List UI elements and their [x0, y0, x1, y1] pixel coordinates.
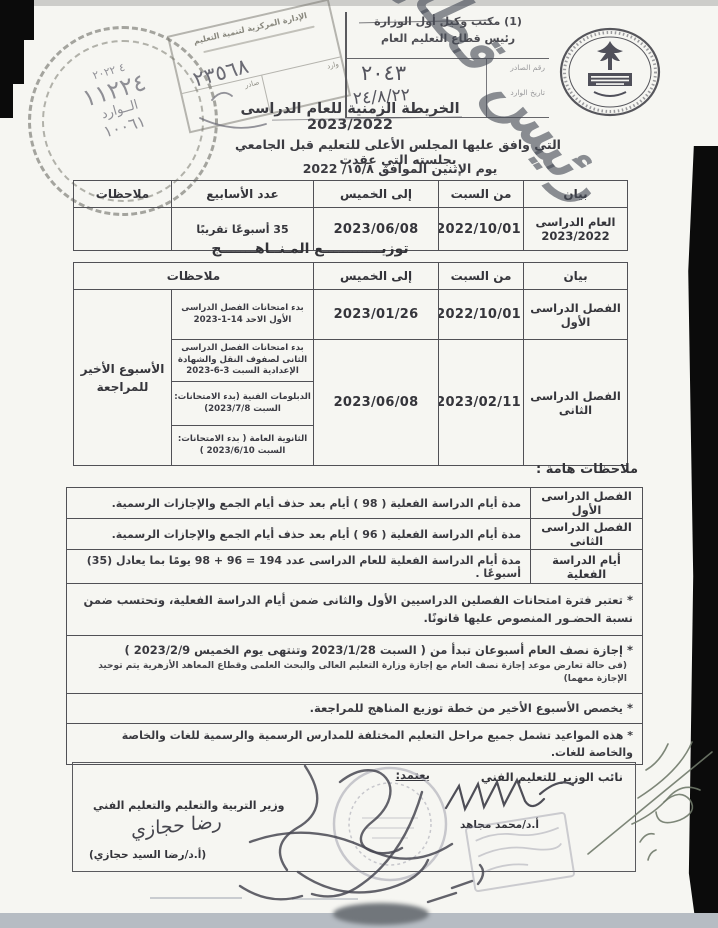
year-label-line1: العام الدراسى — [526, 215, 625, 229]
note-row-exams-attendance: * تعتبر فترة امتحانات الفصلين الدراسيين … — [67, 584, 643, 636]
last-week-review-note: الأسبوع الأخير للمراجعة — [74, 290, 172, 466]
note-row-midyear-vacation: * إجازة نصف العام أسبوعان تبدأ من ( السب… — [67, 636, 643, 694]
table1-year-label: العام الدراسى 2023/2022 — [524, 208, 628, 251]
semester2-note-technical-diplomas: الدبلومات الفنية (بدء الامتحانات: السبت … — [172, 382, 314, 426]
table1-header-notes: ملاحظات — [74, 181, 172, 208]
semester2-from: 2023/02/11 — [439, 340, 524, 466]
office-label-column: رقم الصادر تاريخ الوارد — [486, 59, 549, 117]
note1-label: الفصل الدراسى الأول — [531, 488, 643, 519]
minister-title: وزير التربية والتعليم والتعليم الفني — [93, 799, 285, 812]
table1-header-row: بيان من السبت إلى الخميس عدد الأسابيع مل… — [74, 181, 628, 208]
midyear-vacation-sub: (فى حالة تعارض موعد إجازة نصف العام مع إ… — [76, 660, 633, 687]
scan-artifact-dash — [292, 898, 358, 900]
important-notes-table: الفصل الدراسى الأول مدة أيام الدراسة الف… — [66, 487, 643, 765]
note-review-week: * يخصص الأسبوع الأخير من خطة توزيع المنا… — [67, 694, 643, 724]
scan-artifact-dash — [150, 897, 242, 899]
outgoing-number-label: رقم الصادر — [487, 59, 549, 72]
semester2-note-general-secondary: الثانوية العامة ( بدء الامتحانات: السبت … — [172, 426, 314, 466]
document-title: الخريطة الزمنية للعام الدراسى 2023/2022 — [228, 101, 472, 133]
approved-label: يعتمد: — [396, 768, 430, 782]
deputy-minister-title: نائب الوزير للتعليم الفني — [481, 770, 623, 784]
signatures-box: يعتمد: نائب الوزير للتعليم الفني أ.د/محم… — [72, 762, 636, 872]
semester2-to: 2023/06/08 — [314, 340, 439, 466]
note-midyear-vacation: * إجازة نصف العام أسبوعان تبدأ من ( السب… — [67, 636, 643, 694]
table2-header-row: بيان من السبت إلى الخميس ملاحظات — [74, 263, 628, 290]
scan-bottom-smudge — [333, 903, 429, 925]
table2-row-semester1: الفصل الدراسى الأول 2022/10/01 2023/01/2… — [74, 290, 628, 340]
semester2-note-transfer-grades: بدء امتحانات الفصل الدراسى الثانى لصفوف … — [172, 340, 314, 382]
curricula-distribution-heading: توزيــــــــــــع المـنــاهـــــــج — [160, 241, 460, 257]
note-row-semester2: الفصل الدراسى الثانى مدة أيام الدراسة ال… — [67, 519, 643, 550]
incoming-date-label: تاريخ الوارد — [487, 84, 549, 97]
scan-top-edge — [0, 0, 718, 6]
note-row-actual-days: أيام الدراسة الفعلية مدة أيام الدراسة ال… — [67, 550, 643, 584]
table1-notes-cell — [74, 208, 172, 251]
semester1-note: بدء امتحانات الفصل الدراسى الأول الاحد 1… — [172, 290, 314, 340]
note-row-review-week: * يخصص الأسبوع الأخير من خطة توزيع المنا… — [67, 694, 643, 724]
session-date-line: يوم الإثنين الموافق ١٥/٨/ 2022 — [275, 161, 525, 176]
note3-label: أيام الدراسة الفعلية — [531, 550, 643, 584]
semester2-label: الفصل الدراسى الثانى — [524, 340, 628, 466]
note-row-all-schools: * هذه المواعيد تشمل جميع مراحل التعليم ا… — [67, 724, 643, 765]
semester1-to: 2023/01/26 — [314, 290, 439, 340]
table1-header-from: من السبت — [439, 181, 524, 208]
scan-right-edge-band — [687, 146, 718, 928]
midyear-vacation-main: * إجازة نصف العام أسبوعان تبدأ من ( السب… — [124, 643, 633, 657]
note3-text: مدة أيام الدراسة الفعلية للعام الدراسى ع… — [67, 550, 531, 584]
note1-text: مدة أيام الدراسة الفعلية ( 98 ) أيام بعد… — [67, 488, 531, 519]
table1-header-weeks: عدد الأسابيع — [172, 181, 314, 208]
table1-header-bayan: بيان — [524, 181, 628, 208]
outgoing-number-value: ٢٠٤٣ — [361, 61, 406, 85]
note-exams-within-days: * تعتبر فترة امتحانات الفصلين الدراسيين … — [67, 584, 643, 636]
note-applies-all-schools: * هذه المواعيد تشمل جميع مراحل التعليم ا… — [67, 724, 643, 765]
minister-name: (أ.د/رضا السيد حجازي) — [89, 849, 206, 861]
table2-header-notes: ملاحظات — [74, 263, 314, 290]
ministry-seal-icon — [558, 26, 662, 118]
table2-header-to: إلى الخميس — [314, 263, 439, 290]
note2-label: الفصل الدراسى الثانى — [531, 519, 643, 550]
scanned-document-page: ٤ ٢٠٢٢ ١١٢٢٤ الــوارد ١٠٠٦١ الإدارة المر… — [0, 0, 718, 928]
deputy-minister-name: أ.د/محمد مجاهد — [460, 819, 539, 831]
note2-text: مدة أيام الدراسة الفعلية ( 96 ) أيام بعد… — [67, 519, 531, 550]
note-row-semester1: الفصل الدراسى الأول مدة أيام الدراسة الف… — [67, 488, 643, 519]
important-notes-heading: ملاحظات هامة : — [536, 462, 638, 477]
table1-header-to: إلى الخميس — [314, 181, 439, 208]
semester1-label: الفصل الدراسى الأول — [524, 290, 628, 340]
minister-handwritten-signature: رضا حجازي — [131, 810, 221, 842]
year-label-line2: 2023/2022 — [526, 229, 625, 243]
table2-header-from: من السبت — [439, 263, 524, 290]
office-title: (1) مكتب وكيل أول الوزارة — [347, 15, 549, 28]
office-subtitle: رئيس قطاع التعليم العام — [347, 32, 549, 45]
table2-header-bayan: بيان — [524, 263, 628, 290]
semester1-from: 2022/10/01 — [439, 290, 524, 340]
semesters-table: بيان من السبت إلى الخميس ملاحظات الفصل ا… — [73, 262, 628, 466]
